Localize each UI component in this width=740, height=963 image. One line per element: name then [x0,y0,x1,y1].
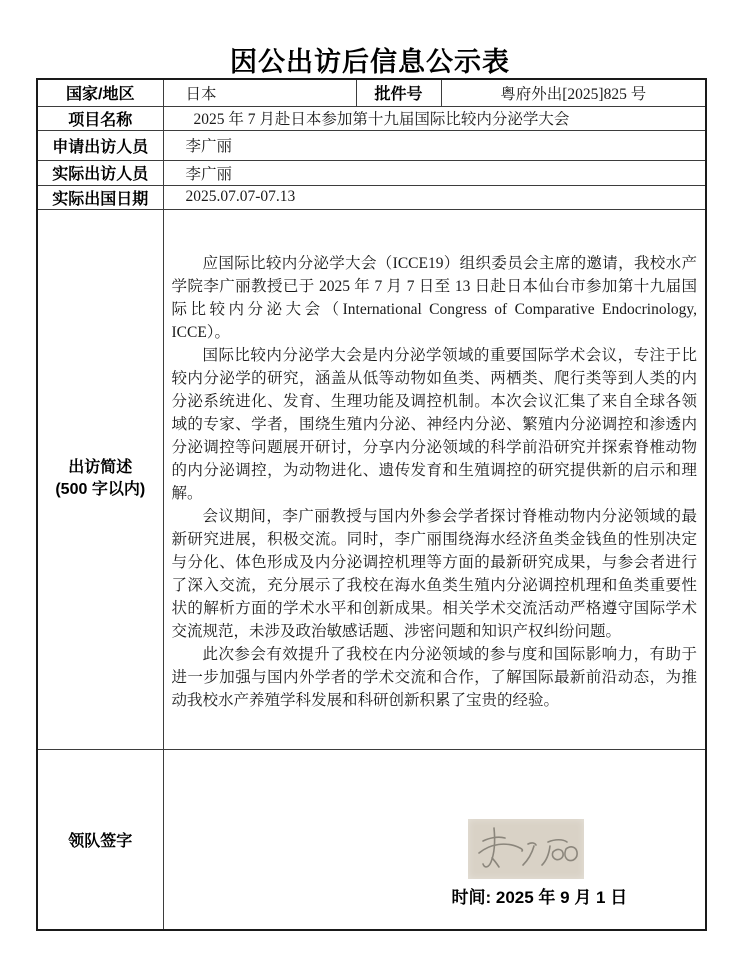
handwritten-signature-icon [468,819,584,879]
signature-cell: 时间: 2025 年 9 月 1 日 [163,749,706,930]
project-value: 2025 年 7 月赴日本参加第十九届国际比较内分泌学大会 [163,106,706,130]
signature-date: 时间: 2025 年 9 月 1 日 [452,883,628,908]
row-actual-personnel: 实际出访人员 李广丽 [37,160,706,185]
dates-value: 2025.07.07-07.13 [163,185,706,209]
summary-label-line2: (500 字以内) [38,479,163,501]
summary-text: 应国际比较内分泌学大会（ICCE19）组织委员会主席的邀请，我校水产学院李广丽教… [172,252,698,712]
summary-text-cell: 应国际比较内分泌学大会（ICCE19）组织委员会主席的邀请，我校水产学院李广丽教… [163,209,706,749]
summary-label-line1: 出访简述 [38,457,163,479]
row-country: 国家/地区 日本 批件号 粤府外出[2025]825 号 [37,79,706,106]
row-dates: 实际出国日期 2025.07.07-07.13 [37,185,706,209]
actual-personnel-label: 实际出访人员 [37,160,163,185]
approval-no-value: 粤府外出[2025]825 号 [441,79,706,106]
applied-personnel-label: 申请出访人员 [37,130,163,160]
summary-paragraph-2: 国际比较内分泌学大会是内分泌学领域的重要国际学术会议，专注于比较内分泌学的研究，… [172,344,698,505]
summary-label: 出访简述 (500 字以内) [37,209,163,749]
info-table: 国家/地区 日本 批件号 粤府外出[2025]825 号 项目名称 2025 年… [36,78,707,931]
project-label: 项目名称 [37,106,163,130]
leader-signature-label: 领队签字 [37,749,163,930]
row-signature: 领队签字 [37,749,706,930]
country-label: 国家/地区 [37,79,163,106]
summary-paragraph-4: 此次参会有效提升了我校在内分泌领域的参与度和国际影响力，有助于进一步加强与国内外… [172,643,698,712]
signature-image [468,819,584,879]
row-applied-personnel: 申请出访人员 李广丽 [37,130,706,160]
country-value: 日本 [163,79,356,106]
row-summary: 出访简述 (500 字以内) 应国际比较内分泌学大会（ICCE19）组织委员会主… [37,209,706,749]
approval-no-label: 批件号 [356,79,441,106]
actual-personnel-value: 李广丽 [163,160,706,185]
applied-personnel-value: 李广丽 [163,130,706,160]
summary-paragraph-1: 应国际比较内分泌学大会（ICCE19）组织委员会主席的邀请，我校水产学院李广丽教… [172,252,698,344]
summary-paragraph-3: 会议期间，李广丽教授与国内外参会学者探讨脊椎动物内分泌领域的最新研究进展，积极交… [172,505,698,643]
row-project: 项目名称 2025 年 7 月赴日本参加第十九届国际比较内分泌学大会 [37,106,706,130]
page-title: 因公出访后信息公示表 [0,40,740,79]
dates-label: 实际出国日期 [37,185,163,209]
